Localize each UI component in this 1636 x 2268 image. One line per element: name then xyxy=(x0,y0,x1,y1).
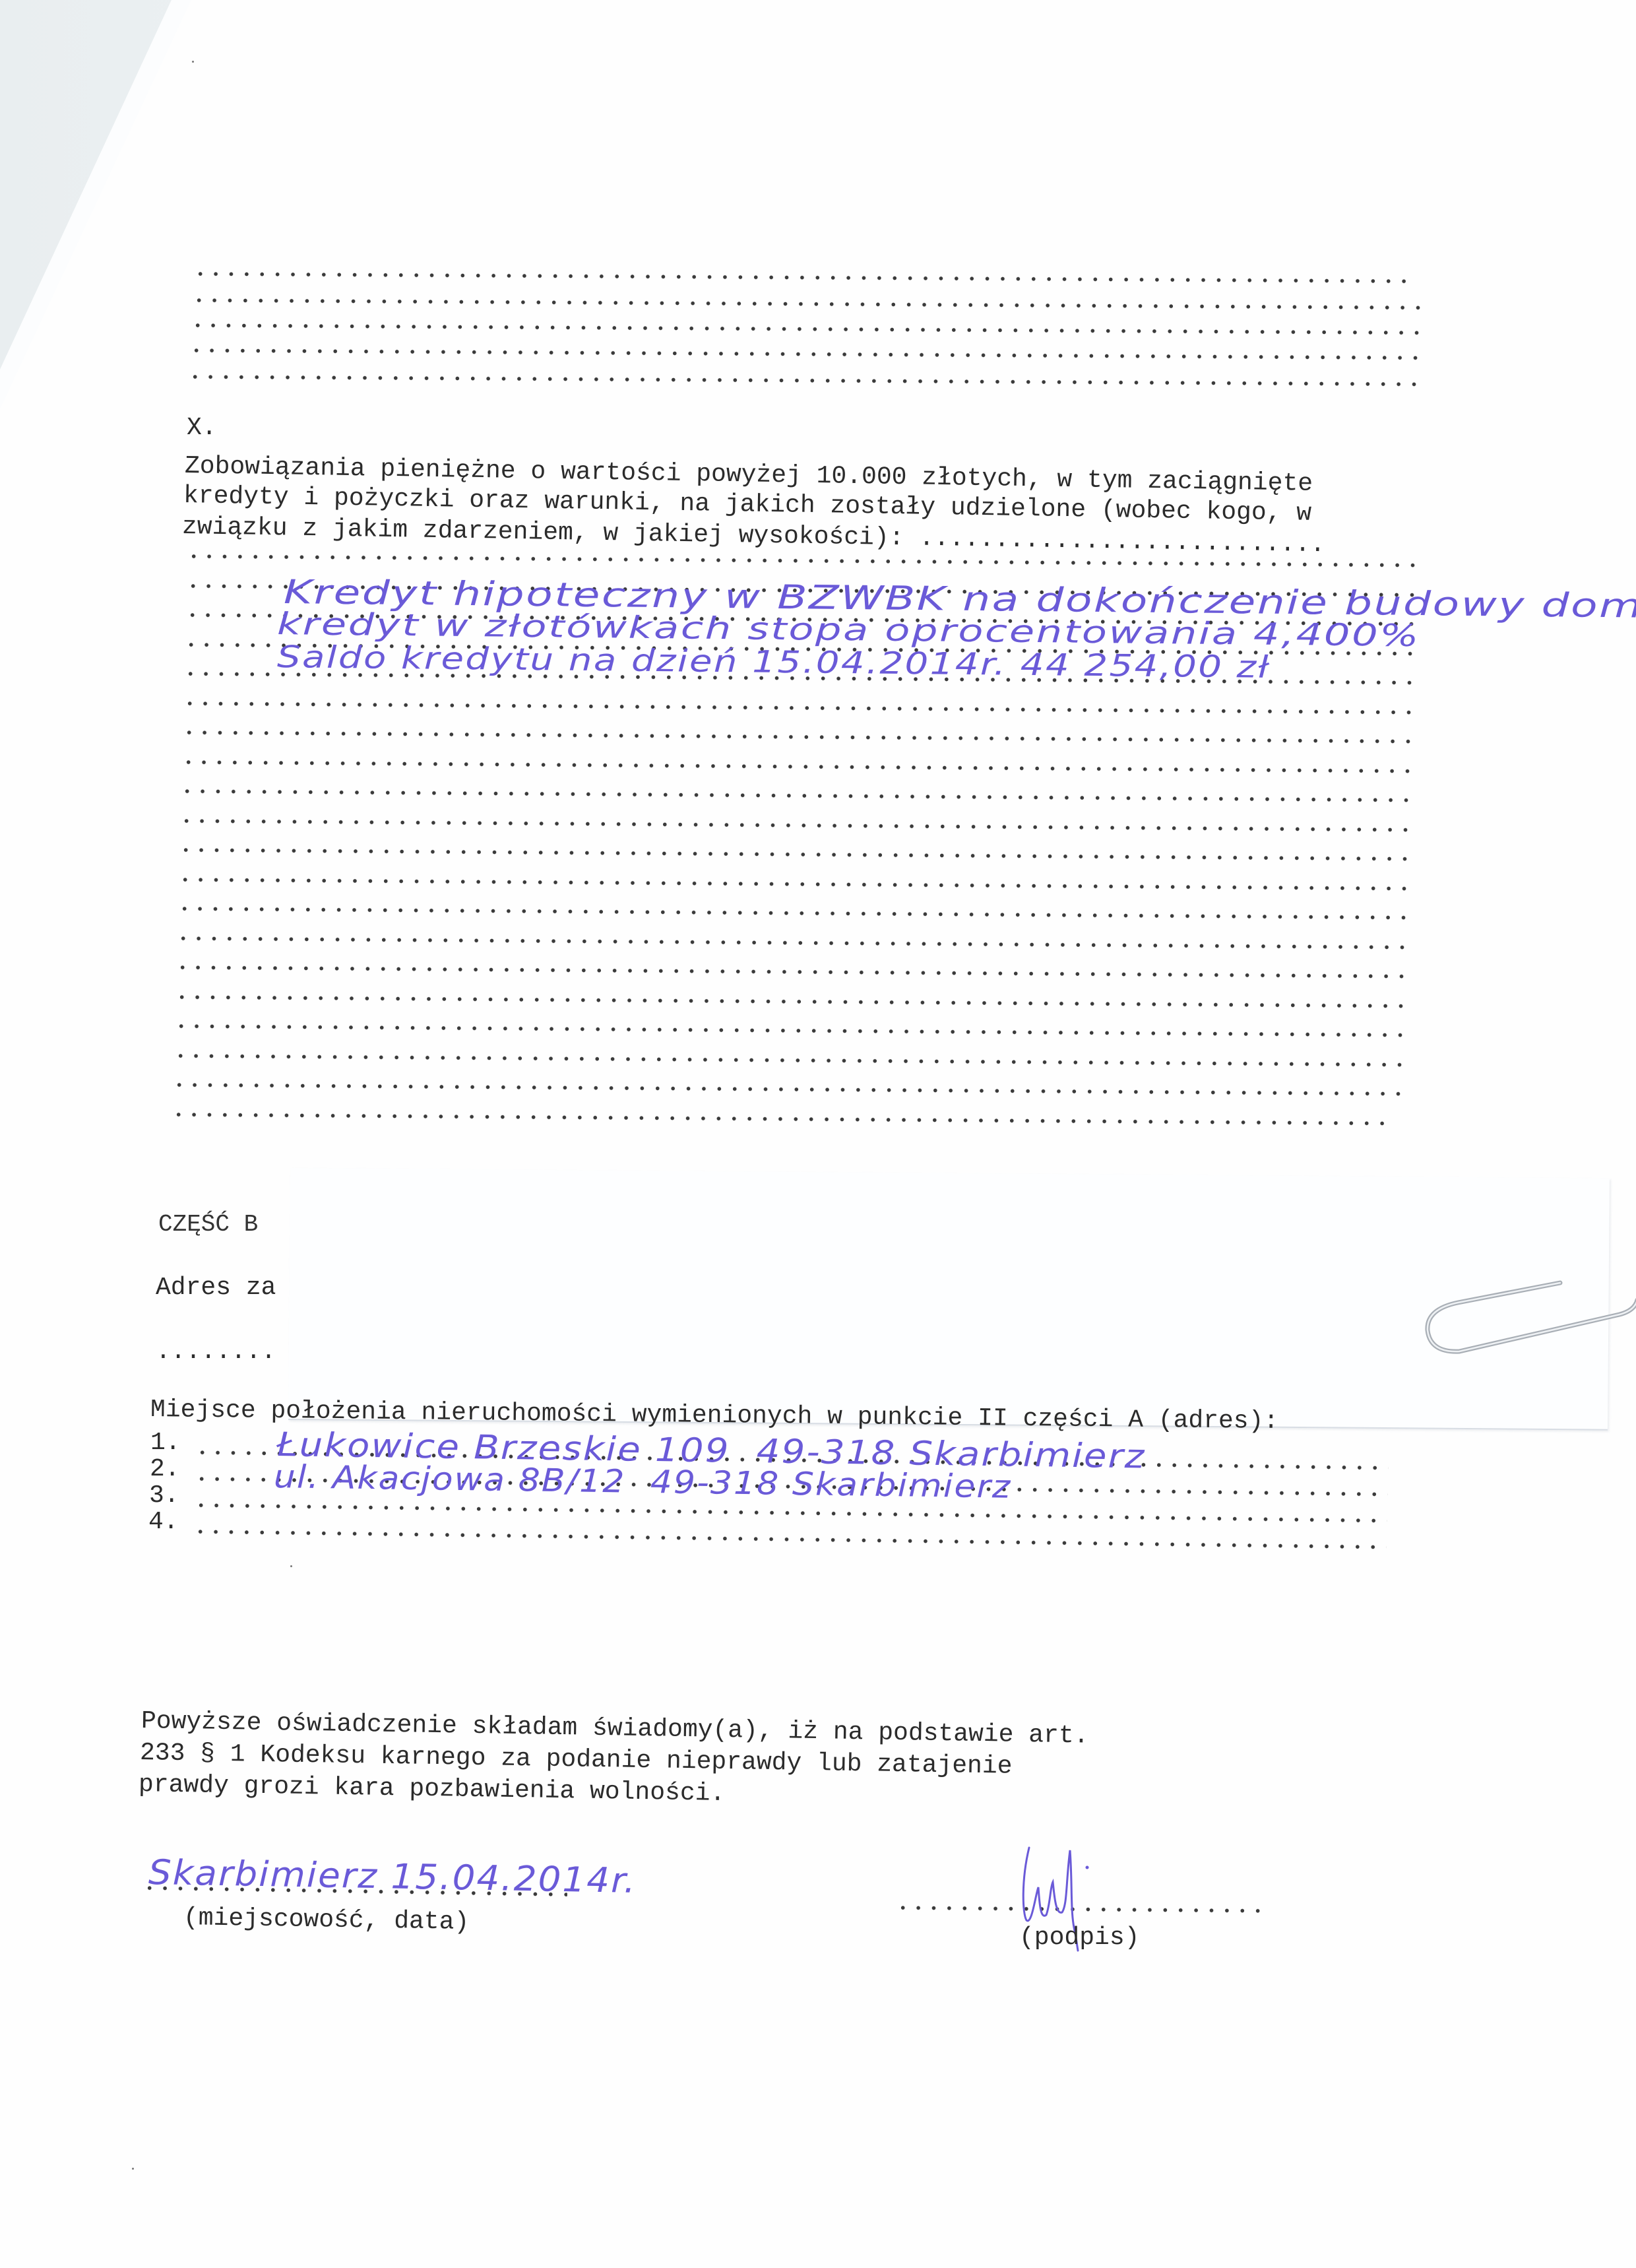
answer-dotted-line xyxy=(175,965,1412,979)
answer-dotted-line xyxy=(177,907,1414,920)
place-date-label: (miejscowość, data) xyxy=(183,1906,470,1935)
dotted-line xyxy=(190,323,1430,335)
property-row-number: 2. xyxy=(150,1457,180,1482)
answer-dotted-line xyxy=(181,730,1418,744)
scan-speck xyxy=(192,61,194,63)
dotted-line xyxy=(187,375,1428,386)
declaration-line: prawdy grozi kara pozbawienia wolności. xyxy=(139,1772,726,1807)
document-page: X. Zobowiązania pieniężne o wartości pow… xyxy=(0,0,1636,2268)
answer-dotted-line xyxy=(171,1113,1391,1126)
answer-dotted-line xyxy=(172,1083,1408,1096)
property-row-number: 4. xyxy=(148,1510,179,1535)
dotted-line xyxy=(193,272,1416,283)
property-dotted-line xyxy=(193,1503,1387,1523)
section-number: X. xyxy=(187,416,217,441)
property-dotted-line xyxy=(193,1530,1387,1549)
answer-dotted-line xyxy=(179,819,1416,832)
answer-dotted-line xyxy=(173,1024,1410,1037)
scan-speck xyxy=(290,1565,292,1567)
dotted-line xyxy=(191,298,1431,309)
dotted-line xyxy=(189,348,1429,360)
answer-dotted-line xyxy=(177,878,1414,891)
property-row-number: 3. xyxy=(149,1483,179,1508)
address-dots: ........ xyxy=(156,1340,276,1365)
answer-dotted-line xyxy=(179,789,1416,802)
answer-dotted-line xyxy=(173,1054,1410,1067)
scan-speck xyxy=(132,2168,134,2170)
answer-dotted-line xyxy=(174,995,1411,1008)
answer-dotted-line xyxy=(175,936,1412,950)
address-label: Adres za xyxy=(156,1276,276,1301)
answer-dotted-line xyxy=(182,701,1419,715)
answer-dotted-line xyxy=(178,848,1415,861)
paperclip-icon xyxy=(1418,1274,1636,1366)
signature-label: (podpis) xyxy=(1019,1926,1139,1951)
place-date-value: Skarbimierz 15.04.2014r. xyxy=(148,1853,637,1901)
property-row-number: 1. xyxy=(150,1431,181,1456)
part-b-title: CZĘŚĆ B xyxy=(158,1213,258,1237)
answer-dotted-line xyxy=(181,760,1418,773)
overlapping-sheet xyxy=(288,1168,1610,1431)
